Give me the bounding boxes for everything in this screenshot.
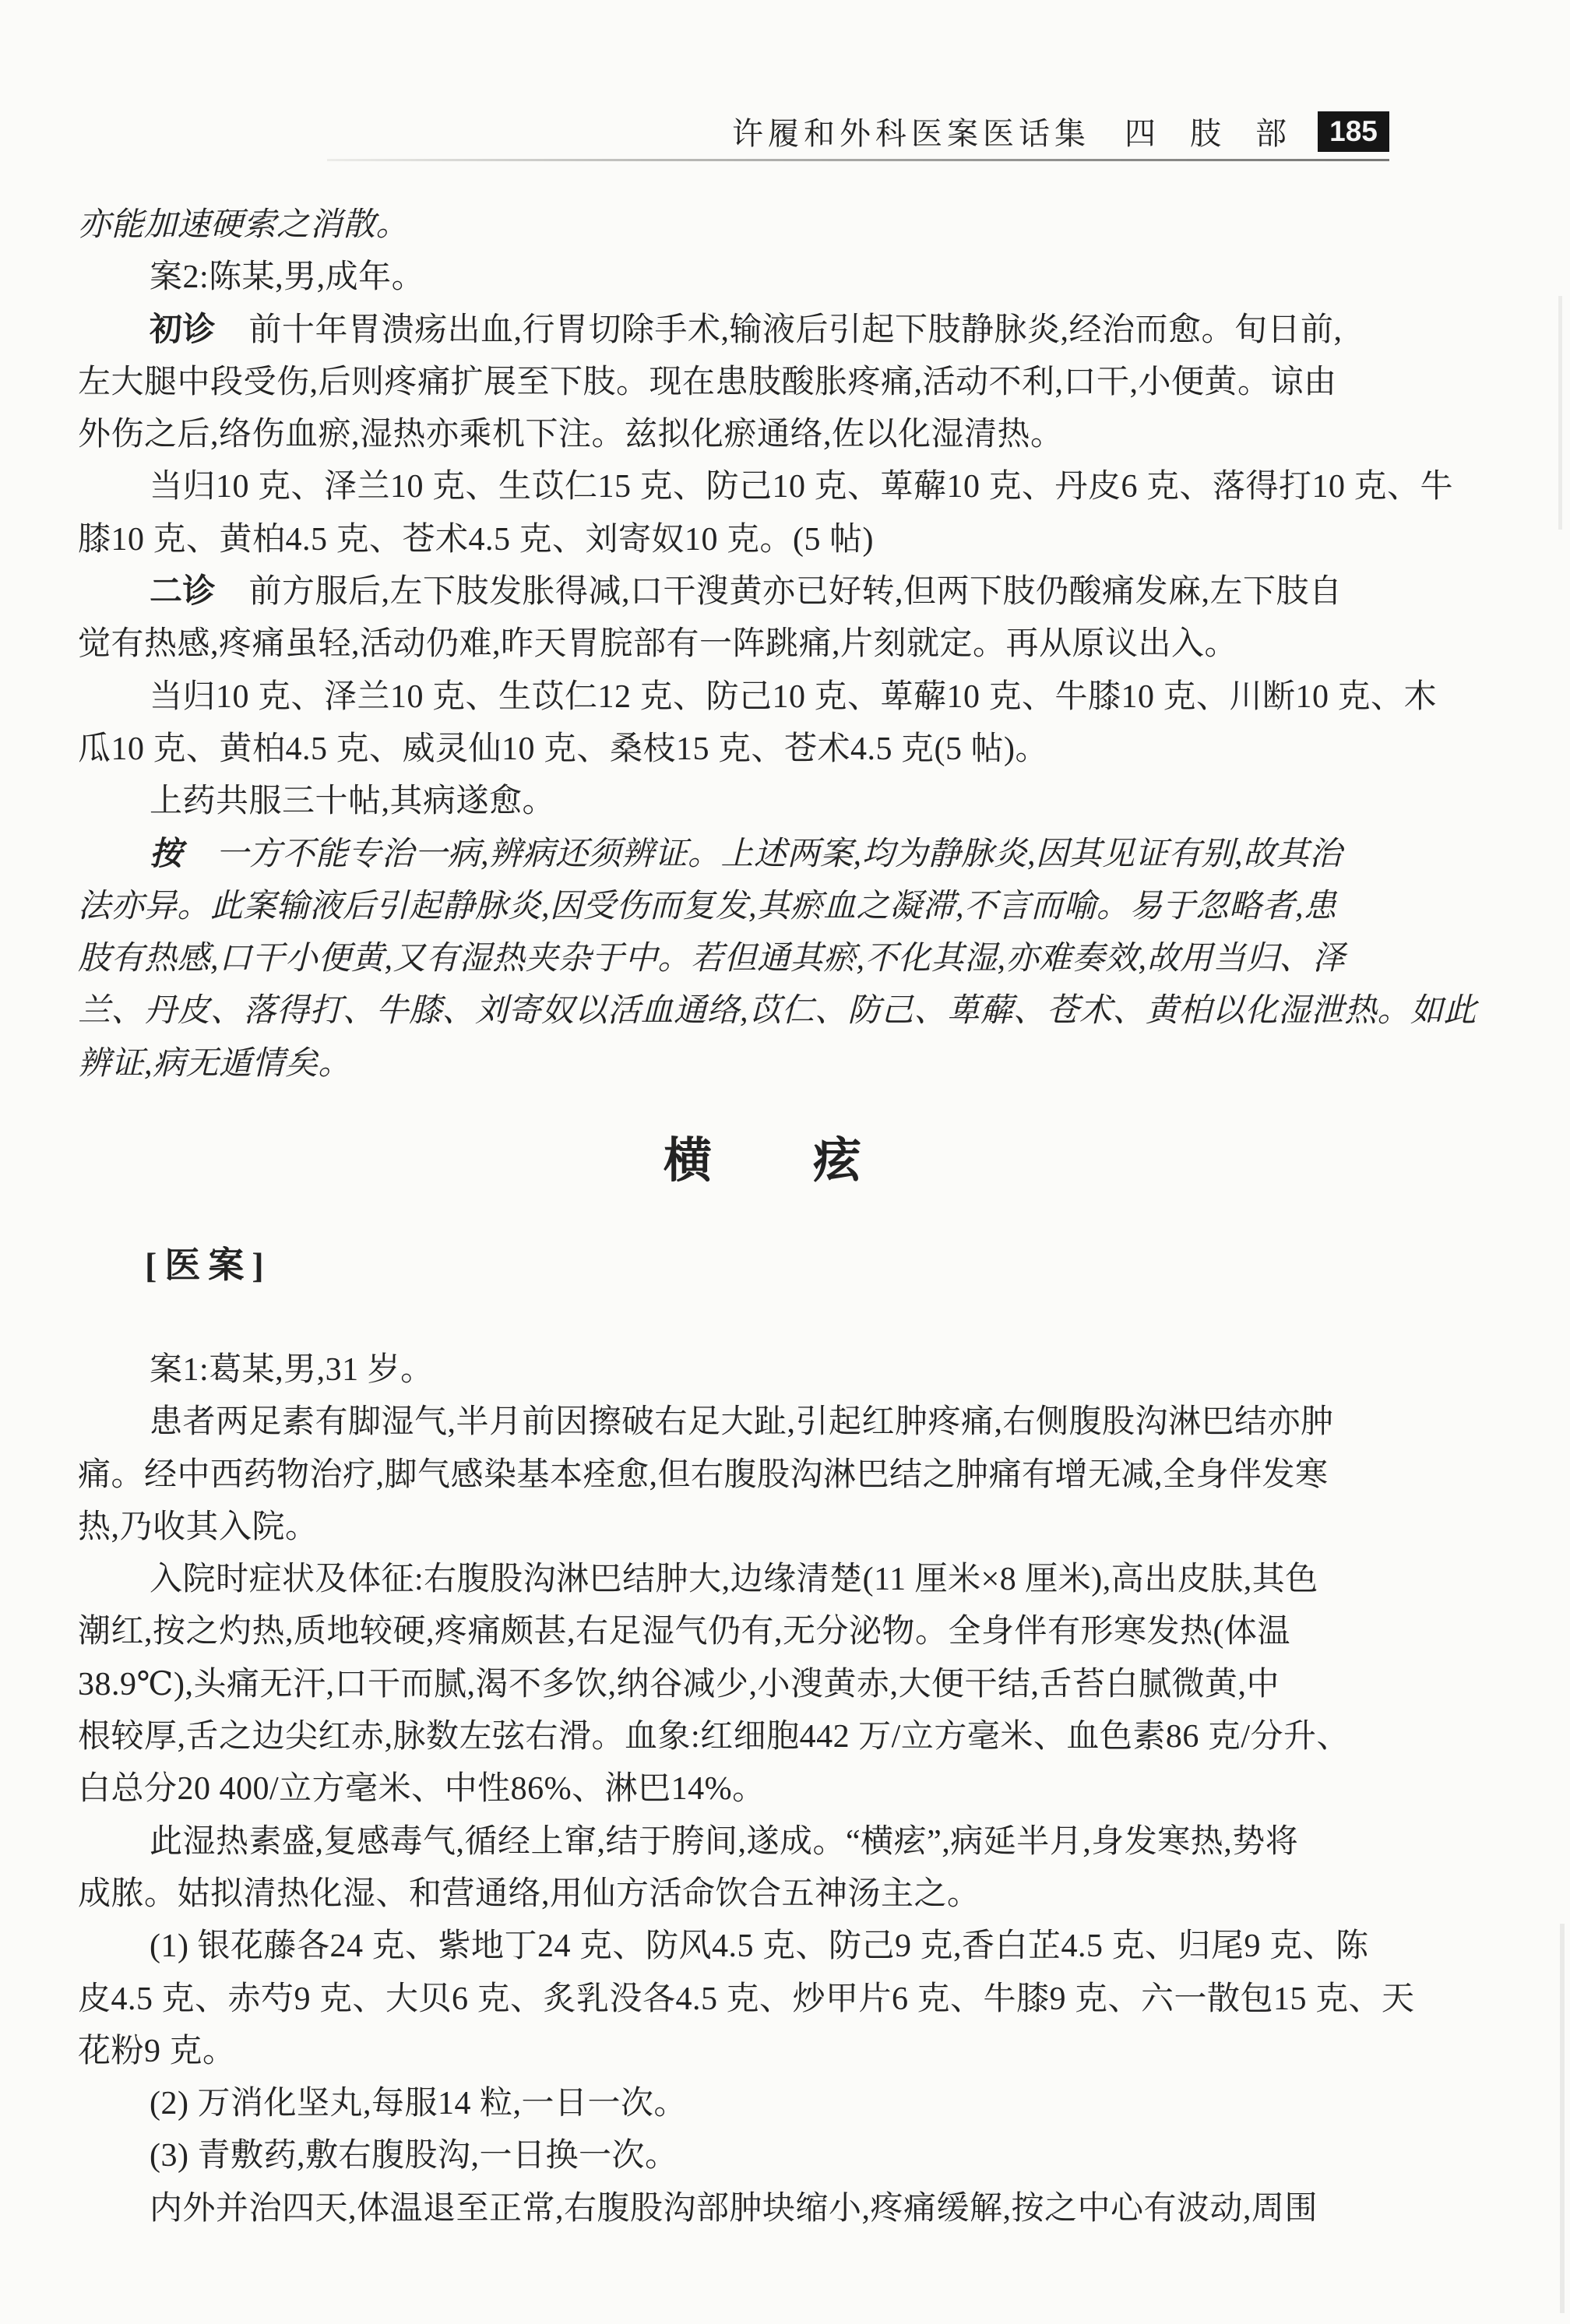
text-line: 二诊 前方服后,左下肢发胀得减,口干溲黄亦已好转,但两下肢仍酸痛发麻,左下肢自 bbox=[78, 566, 1511, 618]
emphasis-label: 初诊 bbox=[150, 312, 216, 348]
text-line: 当归10 克、泽兰10 克、生苡仁12 克、防己10 克、萆薢10 克、牛膝10… bbox=[78, 671, 1511, 724]
text-line: 此湿热素盛,复感毒气,循经上窜,结于胯间,遂成。“横痃”,病延半月,身发寒热,势… bbox=[78, 1816, 1511, 1868]
text-line: 按 一方不能专治一病,辨病还须辨证。上述两案,均为静脉炎,因其见证有别,故其治 bbox=[78, 829, 1511, 881]
text-line: 觉有热感,疼痛虽轻,活动仍难,昨天胃脘部有一阵跳痛,片刻就定。再从原议出入。 bbox=[78, 618, 1511, 671]
section-heading: 横 痃 bbox=[78, 1122, 1449, 1191]
text-line: 瓜10 克、黄柏4.5 克、威灵仙10 克、桑枝15 克、苍术4.5 克(5 帖… bbox=[78, 724, 1511, 776]
text-line: 入院时症状及体征:右腹股沟淋巴结肿大,边缘清楚(11 厘米×8 厘米),高出皮肤… bbox=[78, 1554, 1511, 1606]
text-line: 内外并治四天,体温退至正常,右腹股沟部肿块缩小,疼痛缓解,按之中心有波动,周围 bbox=[78, 2183, 1511, 2235]
chapter-section-label: 四 肢 部 bbox=[1125, 109, 1288, 153]
scan-artifact bbox=[1560, 1924, 1565, 2313]
text-line: 38.9℃),头痛无汗,口干而腻,渴不多饮,纳谷减少,小溲黄赤,大便干结,舌苔白… bbox=[78, 1659, 1511, 1711]
text-line: (3) 青敷药,敷右腹股沟,一日换一次。 bbox=[78, 2130, 1511, 2182]
text-line: 膝10 克、黄柏4.5 克、苍术4.5 克、刘寄奴10 克。(5 帖) bbox=[78, 514, 1511, 566]
text-line: 辨证,病无遁情矣。 bbox=[78, 1038, 1511, 1090]
text-line: 根较厚,舌之边尖红赤,脉数左弦右滑。血象:红细胞442 万/立方毫米、血色素86… bbox=[78, 1711, 1511, 1763]
text-line: (1) 银花藤各24 克、紫地丁24 克、防风4.5 克、防己9 克,香白芷4.… bbox=[78, 1921, 1511, 1973]
text-line: 皮4.5 克、赤芍9 克、大贝6 克、炙乳没各4.5 克、炒甲片6 克、牛膝9 … bbox=[78, 1974, 1511, 2026]
text-line: 热,乃收其入院。 bbox=[78, 1502, 1511, 1554]
medical-cases-label: [医案] bbox=[145, 1237, 272, 1288]
book-page: 许履和外科医案医话集 四 肢 部 185 亦能加速硬索之消散。案2:陈某,男,成… bbox=[0, 0, 1570, 2324]
scan-artifact bbox=[1558, 296, 1562, 530]
page-number-badge: 185 bbox=[1318, 111, 1389, 152]
text-line: 外伤之后,络伤血瘀,湿热亦乘机下注。兹拟化瘀通络,佐以化湿清热。 bbox=[78, 409, 1511, 461]
text-line: 成脓。姑拟清热化湿、和营通络,用仙方活命饮合五神汤主之。 bbox=[78, 1868, 1511, 1921]
text-line: 当归10 克、泽兰10 克、生苡仁15 克、防己10 克、萆薢10 克、丹皮6 … bbox=[78, 461, 1511, 513]
text-line: 患者两足素有脚湿气,半月前因擦破右足大趾,引起红肿疼痛,右侧腹股沟淋巴结亦肿 bbox=[78, 1396, 1511, 1449]
text-line: 花粉9 克。 bbox=[78, 2026, 1511, 2078]
header-divider-line bbox=[327, 159, 1389, 161]
text-line: 亦能加速硬索之消散。 bbox=[78, 199, 1511, 252]
text-line: 肢有热感,口干小便黄,又有湿热夹杂于中。若但通其瘀,不化其湿,亦难奏效,故用当归… bbox=[78, 933, 1511, 985]
book-title: 许履和外科医案医话集 bbox=[732, 109, 1090, 153]
emphasis-label: 按 bbox=[150, 836, 183, 872]
text-line: 初诊 前十年胃溃疡出血,行胃切除手术,输液后引起下肢静脉炎,经治而愈。旬日前, bbox=[78, 305, 1511, 357]
text-line: 兰、丹皮、落得打、牛膝、刘寄奴以活血通络,苡仁、防己、萆薢、苍术、黄柏以化湿泄热… bbox=[78, 985, 1511, 1037]
passage-top-cases: 亦能加速硬索之消散。案2:陈某,男,成年。初诊 前十年胃溃疡出血,行胃切除手术,… bbox=[78, 199, 1511, 1090]
text-line: 潮红,按之灼热,质地较硬,疼痛颇甚,右足湿气仍有,无分泌物。全身伴有形寒发热(体… bbox=[78, 1606, 1511, 1658]
text-line: 法亦异。此案输液后引起静脉炎,因受伤而复发,其瘀血之凝滞,不言而喻。易于忽略者,… bbox=[78, 881, 1511, 933]
text-line: 上药共服三十帖,其病遂愈。 bbox=[78, 776, 1511, 828]
emphasis-label: 二诊 bbox=[150, 574, 216, 610]
text-line: 案1:葛某,男,31 岁。 bbox=[78, 1344, 1511, 1396]
page-header: 许履和外科医案医话集 四 肢 部 185 bbox=[0, 109, 1389, 153]
text-line: 左大腿中段受伤,后则疼痛扩展至下肢。现在患肢酸胀疼痛,活动不利,口干,小便黄。谅… bbox=[78, 357, 1511, 409]
text-line: 白总分20 400/立方毫米、中性86%、淋巴14%。 bbox=[78, 1763, 1511, 1815]
text-line: (2) 万消化坚丸,每服14 粒,一日一次。 bbox=[78, 2078, 1511, 2130]
text-line: 痛。经中西药物治疗,脚气感染基本痊愈,但右腹股沟淋巴结之肿痛有增无减,全身伴发寒 bbox=[78, 1449, 1511, 1502]
text-line: 案2:陈某,男,成年。 bbox=[78, 252, 1511, 304]
passage-case1: 案1:葛某,男,31 岁。患者两足素有脚湿气,半月前因擦破右足大趾,引起红肿疼痛… bbox=[78, 1344, 1511, 2235]
